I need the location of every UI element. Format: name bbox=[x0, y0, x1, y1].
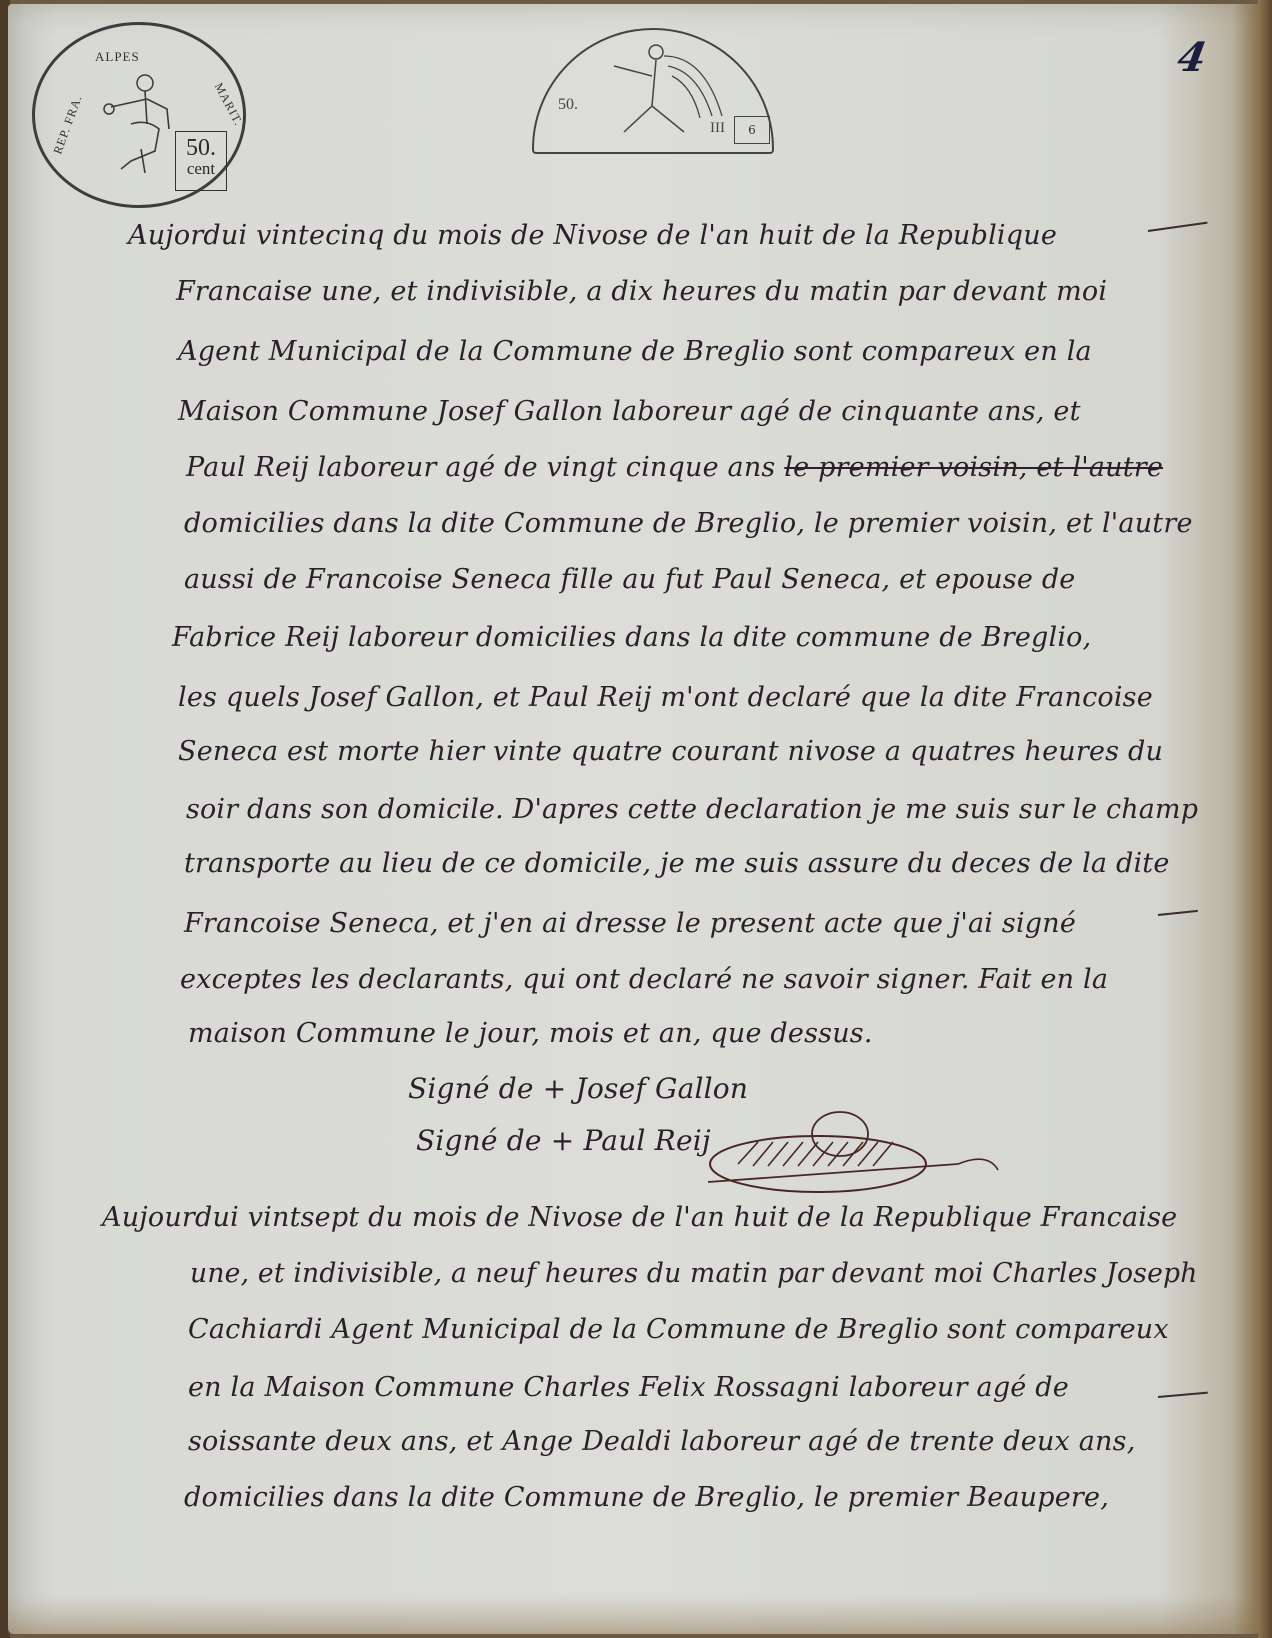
stamp-legend-top: ALPES bbox=[95, 49, 140, 65]
signature-line-1: Signé de + Josef Gallon bbox=[408, 1072, 748, 1105]
act1-line-6: domicilies dans la dite Commune de Bregl… bbox=[184, 508, 1193, 539]
stamp-legend-right: MARIT. bbox=[211, 80, 246, 128]
act1-line-5: Paul Reij laboreur agé de vingt cinque a… bbox=[186, 452, 1163, 483]
line-filler-dash bbox=[1158, 910, 1198, 916]
seated-figure-icon bbox=[101, 69, 181, 179]
half-circle-stamp: 50. III 6 bbox=[532, 28, 774, 154]
act1-line-9: les quels Josef Gallon, et Paul Reij m'o… bbox=[178, 682, 1153, 713]
act1-line-8: Fabrice Reij laboreur domicilies dans la… bbox=[172, 622, 1091, 653]
act1-line-2: Francaise une, et indivisible, a dix heu… bbox=[176, 276, 1107, 307]
act1-line-13: Francoise Seneca, et j'en ai dresse le p… bbox=[184, 908, 1076, 939]
act2-line-5: soissante deux ans, et Ange Dealdi labor… bbox=[188, 1426, 1135, 1457]
official-signature-flourish bbox=[698, 1104, 1028, 1214]
act1-line-14: exceptes les declarants, qui ont declaré… bbox=[180, 964, 1108, 995]
half-stamp-left-value: 50. bbox=[558, 96, 578, 114]
act1-line-4: Maison Commune Josef Gallon laboreur agé… bbox=[178, 396, 1081, 427]
act1-line-3: Agent Municipal de la Commune de Breglio… bbox=[178, 336, 1092, 367]
stamp-value-box: 50. cent bbox=[175, 131, 227, 191]
act1-line-15: maison Commune le jour, mois et an, que … bbox=[188, 1018, 873, 1049]
act2-line-6: domicilies dans la dite Commune de Bregl… bbox=[184, 1482, 1109, 1513]
act1-line-5-text: Paul Reij laboreur agé de vingt cinque a… bbox=[186, 452, 776, 483]
half-stamp-mid-mark: III bbox=[710, 120, 725, 137]
folio-number: 4 bbox=[1174, 34, 1210, 81]
oval-tax-stamp: ALPES REP. FRA. MARIT. 50. cent bbox=[32, 22, 246, 208]
stamp-legend-left: REP. FRA. bbox=[50, 93, 85, 156]
act2-line-2: une, et indivisible, a neuf heures du ma… bbox=[190, 1258, 1198, 1289]
act2-line-1: Aujourdui vintsept du mois de Nivose de … bbox=[102, 1202, 1177, 1233]
act1-line-7: aussi de Francoise Seneca fille au fut P… bbox=[184, 564, 1076, 595]
act2-line-4: en la Maison Commune Charles Felix Rossa… bbox=[188, 1372, 1069, 1403]
line-filler-dash bbox=[1148, 222, 1208, 232]
signature-line-2: Signé de + Paul Reij bbox=[416, 1124, 711, 1157]
page-right-edge bbox=[1258, 0, 1272, 1638]
half-stamp-right-box: 6 bbox=[734, 116, 770, 144]
manuscript-page: ALPES REP. FRA. MARIT. 50. cent 50. III … bbox=[8, 4, 1258, 1634]
struck-text: le premier voisin, et l'autre bbox=[784, 452, 1163, 483]
act1-line-1: Aujordui vintecinq du mois de Nivose de … bbox=[128, 220, 1057, 251]
act1-line-11: soir dans son domicile. D'apres cette de… bbox=[186, 794, 1198, 825]
stamp-value: 50. bbox=[176, 136, 226, 160]
line-filler-dash bbox=[1158, 1392, 1208, 1398]
act2-line-3: Cachiardi Agent Municipal de la Commune … bbox=[188, 1314, 1169, 1345]
stamp-unit: cent bbox=[176, 160, 226, 177]
act1-line-10: Seneca est morte hier vinte quatre coura… bbox=[178, 736, 1163, 767]
act1-line-12: transporte au lieu de ce domicile, je me… bbox=[184, 848, 1170, 879]
